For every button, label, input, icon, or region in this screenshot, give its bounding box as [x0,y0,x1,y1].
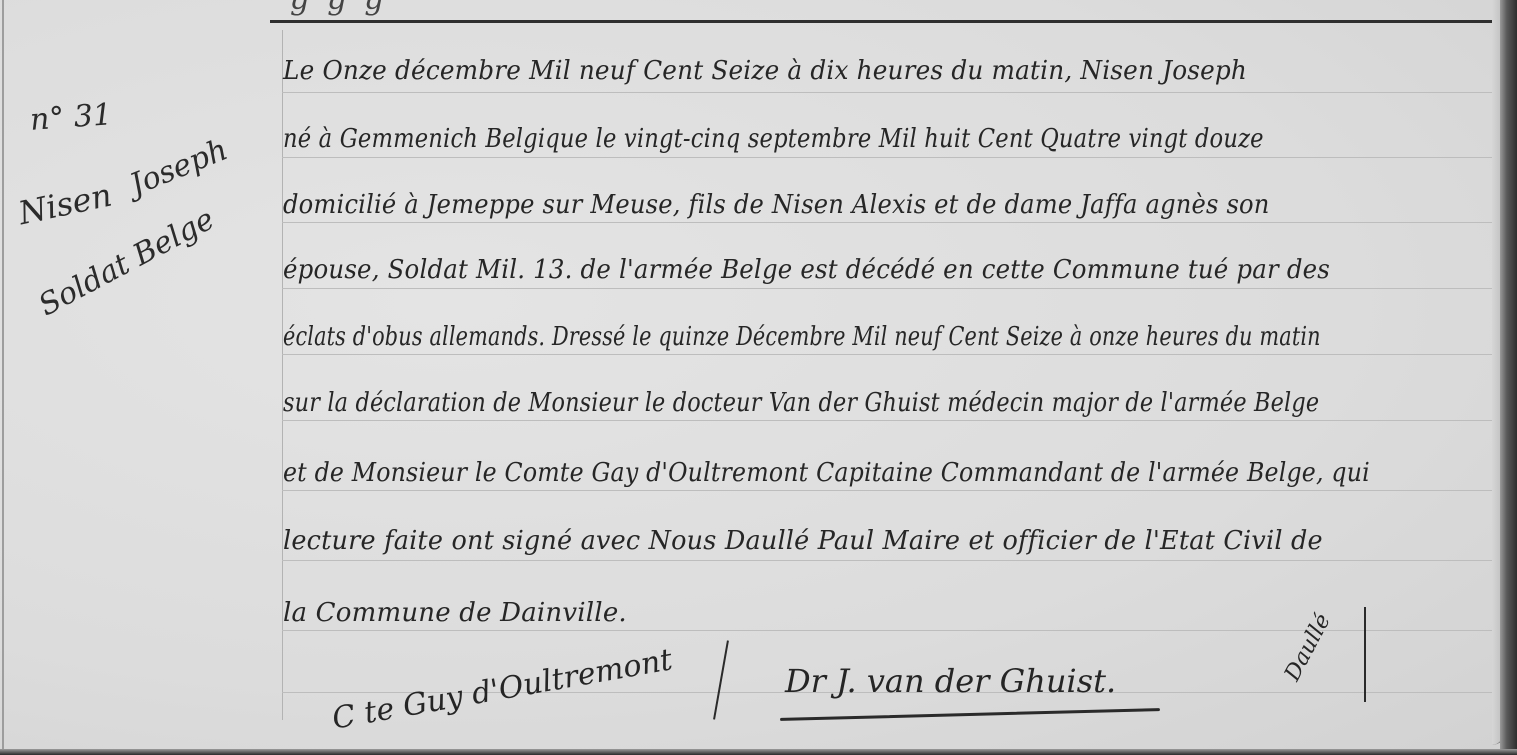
signature-witness-oultremont: C te Guy d'Oultremont [330,642,675,736]
entry-separator-rule [270,20,1498,23]
register-page: ggg n° 31 Joseph Nisen Soldat Belge Le O… [0,0,1500,755]
ruled-line [282,157,1492,158]
body-line-7: et de Monsieur le Comte Gay d'Oultremont… [283,458,1370,488]
signature-flourish [713,640,729,719]
signature-mayor: Daullé [1280,610,1336,685]
margin-surname: Nisen [15,176,115,233]
body-line-2: né à Gemmenich Belgique le vingt-cinq se… [283,124,1264,154]
ruled-line [282,420,1492,421]
body-line-9: la Commune de Dainville. [283,598,627,628]
body-line-6: sur la déclaration de Monsieur le docteu… [283,388,1319,418]
ruled-line [282,288,1492,289]
ruled-line [282,354,1492,355]
signature-underline [780,708,1160,721]
body-line-5: éclats d'obus allemands. Dressé le quinz… [283,322,1321,352]
bottom-shadow [0,749,1517,755]
ruled-line [282,222,1492,223]
body-line-1: Le Onze décembre Mil neuf Cent Seize à d… [283,56,1247,86]
ruled-line [282,92,1492,93]
binding-shadow [1500,0,1517,755]
page-left-edge [2,0,4,755]
body-line-8: lecture faite ont signé avec Nous Daullé… [283,526,1323,556]
ruled-line [282,490,1492,491]
body-line-3: domicilié à Jemeppe sur Meuse, fils de N… [283,190,1270,220]
previous-entry-fragment: ggg [290,0,402,17]
body-line-4: épouse, Soldat Mil. 13. de l'armée Belge… [283,255,1330,285]
mayor-signature-stroke [1364,607,1366,702]
margin-given-name: Joseph [125,132,232,203]
signature-witness-van-der-ghuist: Dr J. van der Ghuist. [785,662,1116,700]
entry-number: n° 31 [29,97,113,138]
ruled-line [282,560,1492,561]
